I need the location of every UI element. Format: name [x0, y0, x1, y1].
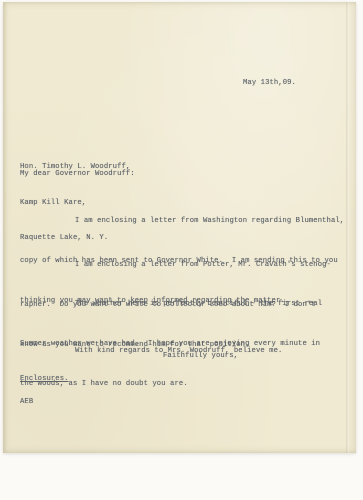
body-line: I am enclosing a letter from Washington … — [20, 215, 344, 228]
enclosures-notation: Enclosures. — [20, 373, 69, 386]
closing-line-text: With kind regards to Mrs. Woodruff, beli… — [20, 345, 282, 358]
body-line: I am enclosing a letter from Potter, Mr.… — [20, 259, 331, 272]
body-line: The weather here is perfectly beautiful … — [20, 298, 322, 311]
letter-date: May 13th,09. — [243, 77, 296, 90]
salutation: My dear Governor Woodruff: — [20, 168, 135, 181]
sign-off: Faithfully yours, — [163, 350, 238, 363]
paper-crease — [346, 2, 349, 453]
scanned-letter-page: May 13th,09. Hon. Timothy L. Woodruff, K… — [0, 0, 363, 500]
typist-initials: AEB — [20, 396, 33, 409]
